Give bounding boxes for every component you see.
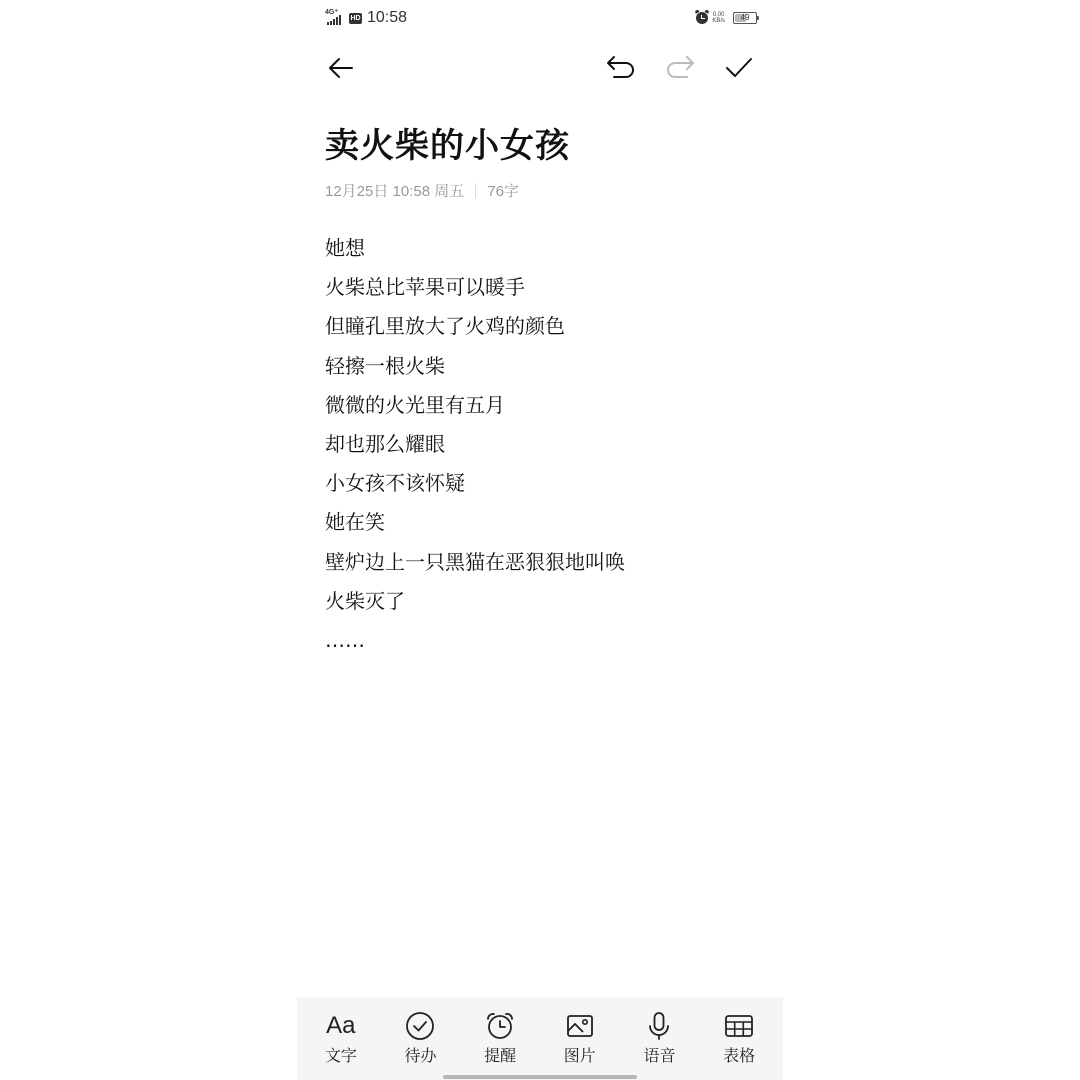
status-bar: 4G⁺ HD 10:58 0.00 KB/s 49 (297, 0, 783, 36)
voice-label: 语音 (643, 1043, 675, 1066)
note-line: 壁炉边上一只黑猫在恶狠狠地叫唤 (325, 547, 755, 586)
text-format-icon: Aa (325, 1011, 357, 1041)
table-label: 表格 (723, 1043, 755, 1066)
table-icon (723, 1011, 755, 1041)
note-line: 却也那么耀眼 (325, 429, 755, 468)
image-label: 图片 (564, 1043, 596, 1066)
note-date: 12月25日 10:58 周五 (325, 180, 464, 201)
note-line: 轻擦一根火柴 (325, 351, 755, 390)
hd-voice-icon: HD (349, 13, 362, 24)
battery-level: 49 (741, 13, 750, 22)
note-line: 但瞳孔里放大了火鸡的颜色 (325, 311, 755, 350)
alarm-status-icon (696, 12, 708, 24)
text-format-button[interactable]: Aa 文字 (306, 1011, 376, 1066)
microphone-icon (643, 1011, 675, 1041)
text-format-label: 文字 (325, 1043, 357, 1066)
home-indicator[interactable] (443, 1075, 637, 1079)
phone-screen: 4G⁺ HD 10:58 0.00 KB/s 49 (297, 0, 783, 1080)
todo-label: 待办 (404, 1043, 436, 1066)
done-button[interactable] (723, 54, 755, 82)
note-line: 她在笑 (325, 507, 755, 546)
back-arrow-icon (326, 56, 354, 80)
undo-icon (606, 55, 636, 81)
meta-divider (475, 183, 476, 198)
alarm-clock-icon (484, 1011, 516, 1041)
bottom-toolbar: Aa 文字 待办 (297, 997, 783, 1080)
undo-button[interactable] (605, 54, 637, 82)
table-button[interactable]: 表格 (704, 1011, 774, 1066)
todo-check-icon (404, 1011, 436, 1041)
note-body[interactable]: 她想 火柴总比苹果可以暖手 但瞳孔里放大了火鸡的颜色 轻擦一根火柴 微微的火光里… (325, 233, 755, 664)
note-title[interactable]: 卖火柴的小女孩 (325, 118, 570, 167)
net-speed-unit: KB/s (712, 18, 725, 24)
status-time: 10:58 (367, 9, 407, 27)
note-line: …… (325, 625, 755, 664)
battery-icon: 49 (733, 12, 757, 24)
redo-button[interactable] (664, 54, 696, 82)
word-count: 76字 (487, 180, 519, 201)
note-line: 她想 (325, 233, 755, 272)
note-line: 火柴总比苹果可以暖手 (325, 272, 755, 311)
back-button[interactable] (324, 54, 356, 82)
status-right: 0.00 KB/s 49 (696, 10, 757, 26)
reminder-label: 提醒 (484, 1043, 516, 1066)
redo-icon (665, 55, 695, 81)
voice-button[interactable]: 语音 (624, 1011, 694, 1066)
checkmark-icon (725, 56, 753, 80)
todo-button[interactable]: 待办 (385, 1011, 455, 1066)
editor-toolbar (297, 46, 783, 90)
note-line: 火柴灭了 (325, 586, 755, 625)
note-line: 小女孩不该怀疑 (325, 468, 755, 507)
note-meta: 12月25日 10:58 周五 76字 (325, 180, 519, 201)
network-speed: 0.00 KB/s (712, 12, 725, 24)
reminder-button[interactable]: 提醒 (465, 1011, 535, 1066)
image-icon (564, 1011, 596, 1041)
image-button[interactable]: 图片 (545, 1011, 615, 1066)
status-left: 4G⁺ HD 10:58 (325, 8, 407, 28)
note-line: 微微的火光里有五月 (325, 390, 755, 429)
signal-icon: 4G⁺ (325, 9, 347, 27)
